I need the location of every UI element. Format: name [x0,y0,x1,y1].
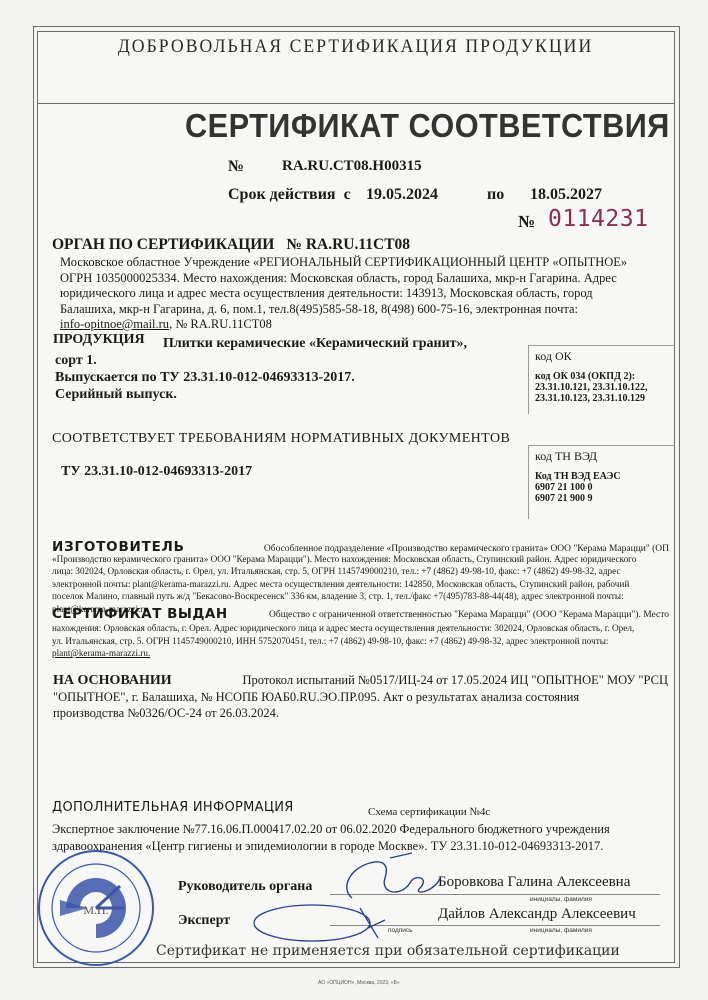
issued-to-heading: СЕРТИФИКАТ ВЫДАН [52,606,228,622]
tnved-code-box: код ТН ВЭД Код ТН ВЭД ЕАЭС 6907 21 100 0… [528,445,675,519]
registration-number: RA.RU.CT08.H00315 [282,158,422,175]
additional-info-line: Экспертное заключение №77.16.06.П.000417… [52,821,668,838]
certification-body-number: № RA.RU.11CT08 [286,236,410,253]
basis-line: производства №0326/ОС-24 от 26.03.2024. [53,705,668,721]
issued-to-line: нахождения: Орловская область, г. Орел. … [52,622,669,635]
certification-body-email-suffix: , № RA.RU.11CT08 [169,317,272,331]
manufacturer-line: поселок Малино, главный путь ж/д "Бекасо… [52,590,669,603]
basis-first-line: Протокол испытаний №0517/ИЦ-24 от 17.05.… [242,673,668,688]
ok-code-box: код ОК код ОК 034 (ОКПД 2): 23.31.10.121… [528,345,675,414]
certification-body-line: ОГРН 1035000025334. Место нахождения: Мо… [60,271,660,287]
manufacturer-line: лица: 302024, Орловская область, г. Орел… [52,565,669,578]
product-name: Плитки керамические «Керамический гранит… [163,336,467,352]
basis-details: "ОПЫТНОЕ", г. Балашиха, № НСОПБ ЮАБ0.RU.… [53,689,668,721]
ok-code-title: код ОК 034 (ОКПД 2): [535,371,675,382]
issued-to-line: ул. Итальянская, стр. 5. ОГРН 1145749000… [52,635,669,648]
certification-body-email-link[interactable]: info-opitnoe@mail.ru [60,317,169,331]
expert-name-caption: инициалы, фамилия [530,927,592,934]
issued-to-section: СЕРТИФИКАТ ВЫДАН Общество с ограниченной… [52,606,669,660]
head-of-body-name: Боровкова Галина Алексеевна [438,874,630,891]
certification-body-heading: ОРГАН ПО СЕРТИФИКАЦИИ [52,236,274,253]
basis-heading: НА ОСНОВАНИИ [53,673,172,689]
issued-to-details: нахождения: Орловская область, г. Орел. … [52,622,669,660]
official-stamp-icon: М.П. [36,848,156,968]
product-details: сорт 1. Выпускается по ТУ 23.31.10-012-0… [55,352,355,403]
certification-scheme: Схема сертификации №4с [368,806,490,818]
validity-label: Срок действия с [228,186,351,204]
expert-label: Эксперт [178,913,230,929]
additional-info-heading: ДОПОЛНИТЕЛЬНАЯ ИНФОРМАЦИЯ [52,800,294,815]
manufacturer-line: электронной почты: plant@kerama-marazzi.… [52,578,669,591]
manufacturer-line: «Производство керамического гранита» ООО… [52,553,669,566]
basis-section: НА ОСНОВАНИИ Протокол испытаний №0517/ИЦ… [53,673,668,721]
ok-code-values-line: 23.31.10.121, 23.31.10.122, [535,382,675,393]
issued-to-first-line: Общество с ограниченной ответственностью… [269,609,669,622]
expert-name: Дайлов Александр Алексеевич [438,906,636,923]
voluntary-certification-title: ДОБРОВОЛЬНАЯ СЕРТИФИКАЦИЯ ПРОДУКЦИИ [59,36,651,58]
product-production-type: Серийный выпуск. [55,386,355,403]
head-name-caption: инициалы, фамилия [530,896,592,903]
tnved-code-title: Код ТН ВЭД ЕАЭС [535,471,675,482]
conformity-heading: СООТВЕТСТВУЕТ ТРЕБОВАНИЯМ НОРМАТИВНЫХ ДО… [52,431,510,447]
manufacturer-section: ИЗГОТОВИТЕЛЬ Обособленное подразделение … [52,539,669,616]
tnved-code-caption: код ТН ВЭД [535,449,675,464]
product-heading: ПРОДУКЦИЯ [53,332,145,348]
registration-number-label: № [228,158,244,176]
certification-body-line: Московское областное Учреждение «РЕГИОНА… [60,255,660,271]
conformity-document: ТУ 23.31.10-012-04693313-2017 [61,464,252,480]
head-of-body-label: Руководитель органа [178,879,312,895]
certification-body-line: юридического лица и адрес места осуществ… [60,286,660,302]
certification-body-line: Балашиха, мкр-н Гагарина, д. 6, пом.1, т… [60,302,660,318]
header-divider [37,103,674,104]
ok-code-caption: код ОК [535,349,675,364]
certificate-title: СЕРТИФИКАТ СООТВЕТСТВИЯ [185,107,670,145]
valid-to-date: 18.05.2027 [530,186,602,204]
signature-caption: подпись [388,927,413,934]
blank-serial-number: 0114231 [548,206,648,232]
basis-line: "ОПЫТНОЕ", г. Балашиха, № НСОПБ ЮАБ0.RU.… [53,689,668,705]
issued-to-email-link[interactable]: plant@kerama-marazzi.ru. [52,647,669,660]
valid-to-label: по [487,186,504,204]
certification-body-details: Московское областное Учреждение «РЕГИОНА… [60,255,660,333]
valid-from-date: 19.05.2024 [366,186,438,204]
product-grade: сорт 1. [55,352,355,369]
product-spec: Выпускается по ТУ 23.31.10-012-04693313-… [55,369,355,386]
tnved-code-value: 6907 21 100 0 [535,482,675,493]
svg-text:М.П.: М.П. [83,903,108,917]
certification-body-section: ОРГАН ПО СЕРТИФИКАЦИИ № RA.RU.11CT08 [52,236,410,254]
disclaimer: Сертификат не применяется при обязательн… [156,943,620,959]
tnved-code-value: 6907 21 900 9 [535,493,675,504]
blank-number-label: № [518,212,535,232]
printer-note: АО «ОПЦИОН», Москва, 2023, «Б» [318,980,400,986]
ok-code-values-line: 23.31.10.123, 23.31.10.129 [535,393,675,404]
expert-signature-icon [250,898,390,948]
